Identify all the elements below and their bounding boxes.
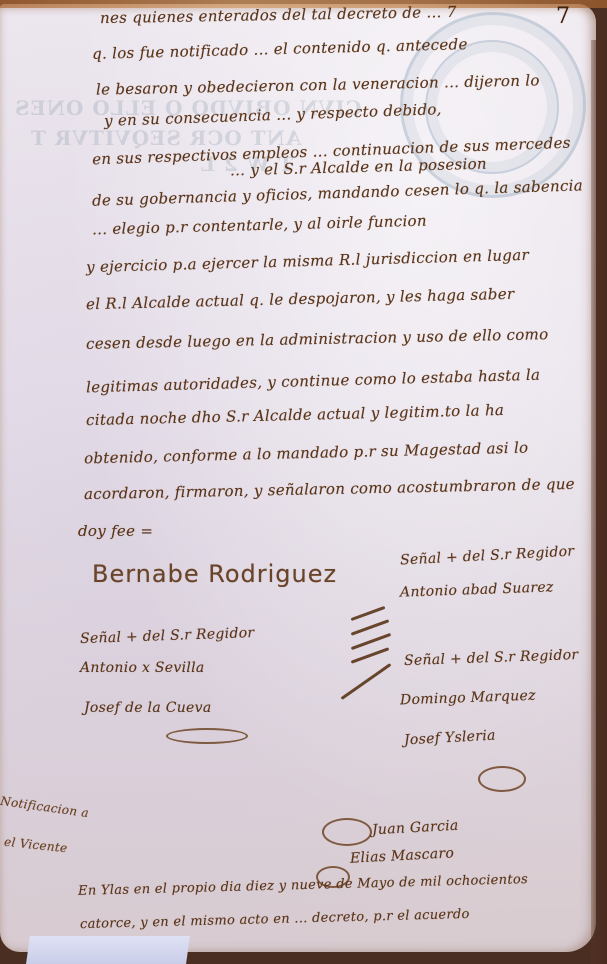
manuscript-photo: CIVN OBIVDO Q ELLO ONES ANT OCR SEQVITVR…	[0, 0, 607, 964]
signature-flourish	[166, 728, 248, 744]
signature-bernabe-rodriguez: Bernabe Rodriguez	[92, 560, 337, 588]
signature-line: Josef de la Cueva	[84, 700, 211, 716]
signature-flourish	[478, 766, 526, 792]
signature-line: Antonio x Sevilla	[80, 660, 205, 676]
page-right-shadow	[591, 40, 607, 964]
body-line: doy fee =	[78, 522, 153, 540]
page-number: 7	[556, 4, 570, 29]
signature-flourish	[322, 818, 372, 846]
background-cloth	[26, 936, 190, 964]
